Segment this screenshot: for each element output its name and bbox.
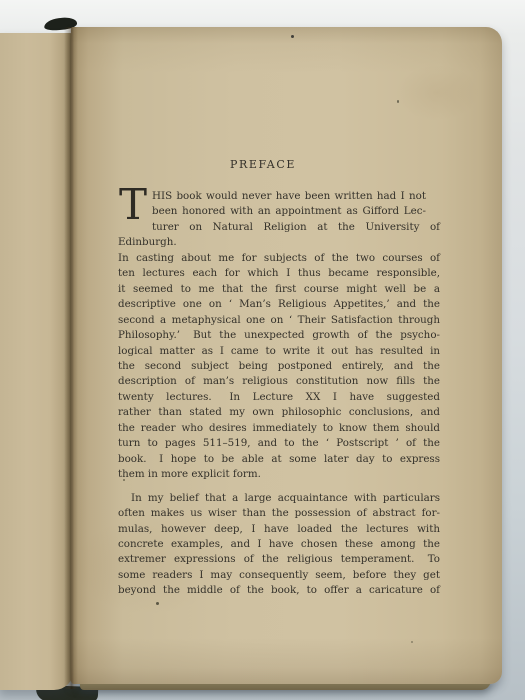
left-blank-page [0,33,74,690]
text-line: second a metaphysical one on ‘ Their Sat… [118,313,440,328]
text-line: logical matter as I came to write it out… [118,344,440,359]
page-title: PREFACE [118,158,440,171]
text-line: been honored with an appointment as Giff… [118,204,426,219]
text-line: Philosophy.’ But the unexpected growth o… [118,328,440,343]
text-line: concrete examples, and I have chosen the… [118,537,440,552]
paragraph-2: In my belief that a large acquaintance w… [118,491,440,599]
text-line: ten lectures each for which I thus becam… [118,266,440,281]
text-line: rather than stated my own philosophic co… [118,405,440,420]
paper-speck [123,479,125,481]
text-line: In casting about me for subjects of the … [118,251,440,266]
text-line: HIS book would never have been written h… [118,189,426,204]
text-line: description of man’s religious constitut… [118,374,440,389]
text-line: descriptive one on ‘ Man’s Religious App… [118,297,440,312]
photo-background: PREFACE T HIS book would never have been… [0,0,525,700]
paper-speck [397,100,399,103]
paper-speck [291,35,294,38]
text-line: turer on Natural Religion at the Univers… [118,220,440,251]
text-line: extremer expressions of the religious te… [118,552,440,567]
text-line: often makes us wiser than the possession… [118,506,440,521]
text-line: turn to pages 511–519, and to the ‘ Post… [118,436,440,451]
text-line: mulas, however deep, I have loaded the l… [118,522,440,537]
text-line: it seemed to me that the first course mi… [118,282,440,297]
text-line: twenty lectures. In Lecture XX I have su… [118,390,440,405]
text-line: the reader who desires immediately to kn… [118,421,440,436]
paper-speck [156,602,159,605]
drop-cap: T [119,190,147,221]
text-line: In my belief that a large acquaintance w… [118,491,440,506]
preface-text: T HIS book would never have been written… [118,189,440,599]
text-line: some readers I may consequently seem, be… [118,568,440,583]
text-line: beyond the middle of the book, to offer … [118,583,440,598]
text-line: them in more explicit form. [118,467,440,482]
paper-speck [411,641,413,643]
text-line: book. I hope to be able at some later da… [118,452,440,467]
paragraph-1: T HIS book would never have been written… [118,189,440,483]
text-line: the second subject being postponed entir… [118,359,440,374]
